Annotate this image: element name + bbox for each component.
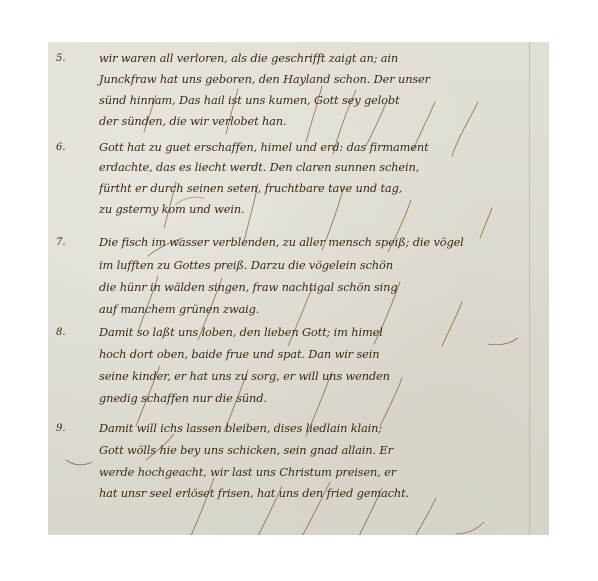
manuscript-line: Damit will ichs lassen bleiben, dises li… (99, 423, 382, 434)
manuscript-line: hat unsr seel erlöset frisen, hat uns de… (99, 488, 409, 499)
manuscript-line: wir waren all verloren, als die geschrif… (99, 53, 398, 64)
manuscript-line: Damit so laßt uns loben, den lieben Gott… (99, 327, 383, 338)
manuscript-line: Junckfraw hat uns geboren, den Hayland s… (99, 74, 430, 85)
manuscript-line: Gott wölls hie bey uns schicken, sein gn… (99, 445, 393, 456)
stanza-number: 9. (56, 424, 66, 434)
stanza-number: 6. (56, 143, 66, 153)
manuscript-line: Gott hat zu guet erschaffen, himel und e… (99, 142, 429, 153)
manuscript-line: sünd hinnam, Das hail ist uns kumen, Got… (99, 95, 400, 106)
manuscript-line: gnedig schaffen nur die sünd. (99, 393, 267, 404)
margin-rule (529, 42, 530, 535)
manuscript-line: hoch dort oben, baide frue und spat. Dan… (99, 349, 379, 360)
manuscript-line: Die fisch im wasser verblenden, zu aller… (99, 237, 464, 248)
manuscript-line: erdachte, das es liecht werdt. Den clare… (99, 162, 419, 173)
manuscript-line: im lufften zu Gottes preiß. Darzu die vö… (99, 260, 393, 271)
manuscript-page: 5. wir waren all verloren, als die gesch… (48, 42, 549, 535)
stanza-number: 5. (56, 54, 66, 64)
manuscript-line: die hünr in wälden singen, fraw nachtiga… (99, 282, 398, 293)
manuscript-line: werde hochgeacht, wir last uns Christum … (99, 467, 396, 478)
manuscript-line: auf manchem grünen zwaig. (99, 304, 259, 315)
manuscript-line: der sünden, die wir verlobet han. (99, 116, 286, 127)
manuscript-line: fürtht er durch seinen seten, fruchtbare… (99, 183, 402, 194)
manuscript-line: zu gsterny kom und wein. (99, 204, 245, 215)
stanza-number: 7. (56, 238, 66, 248)
manuscript-line: seine kinder, er hat uns zu sorg, er wil… (99, 371, 390, 382)
stanza-number: 8. (56, 328, 66, 338)
